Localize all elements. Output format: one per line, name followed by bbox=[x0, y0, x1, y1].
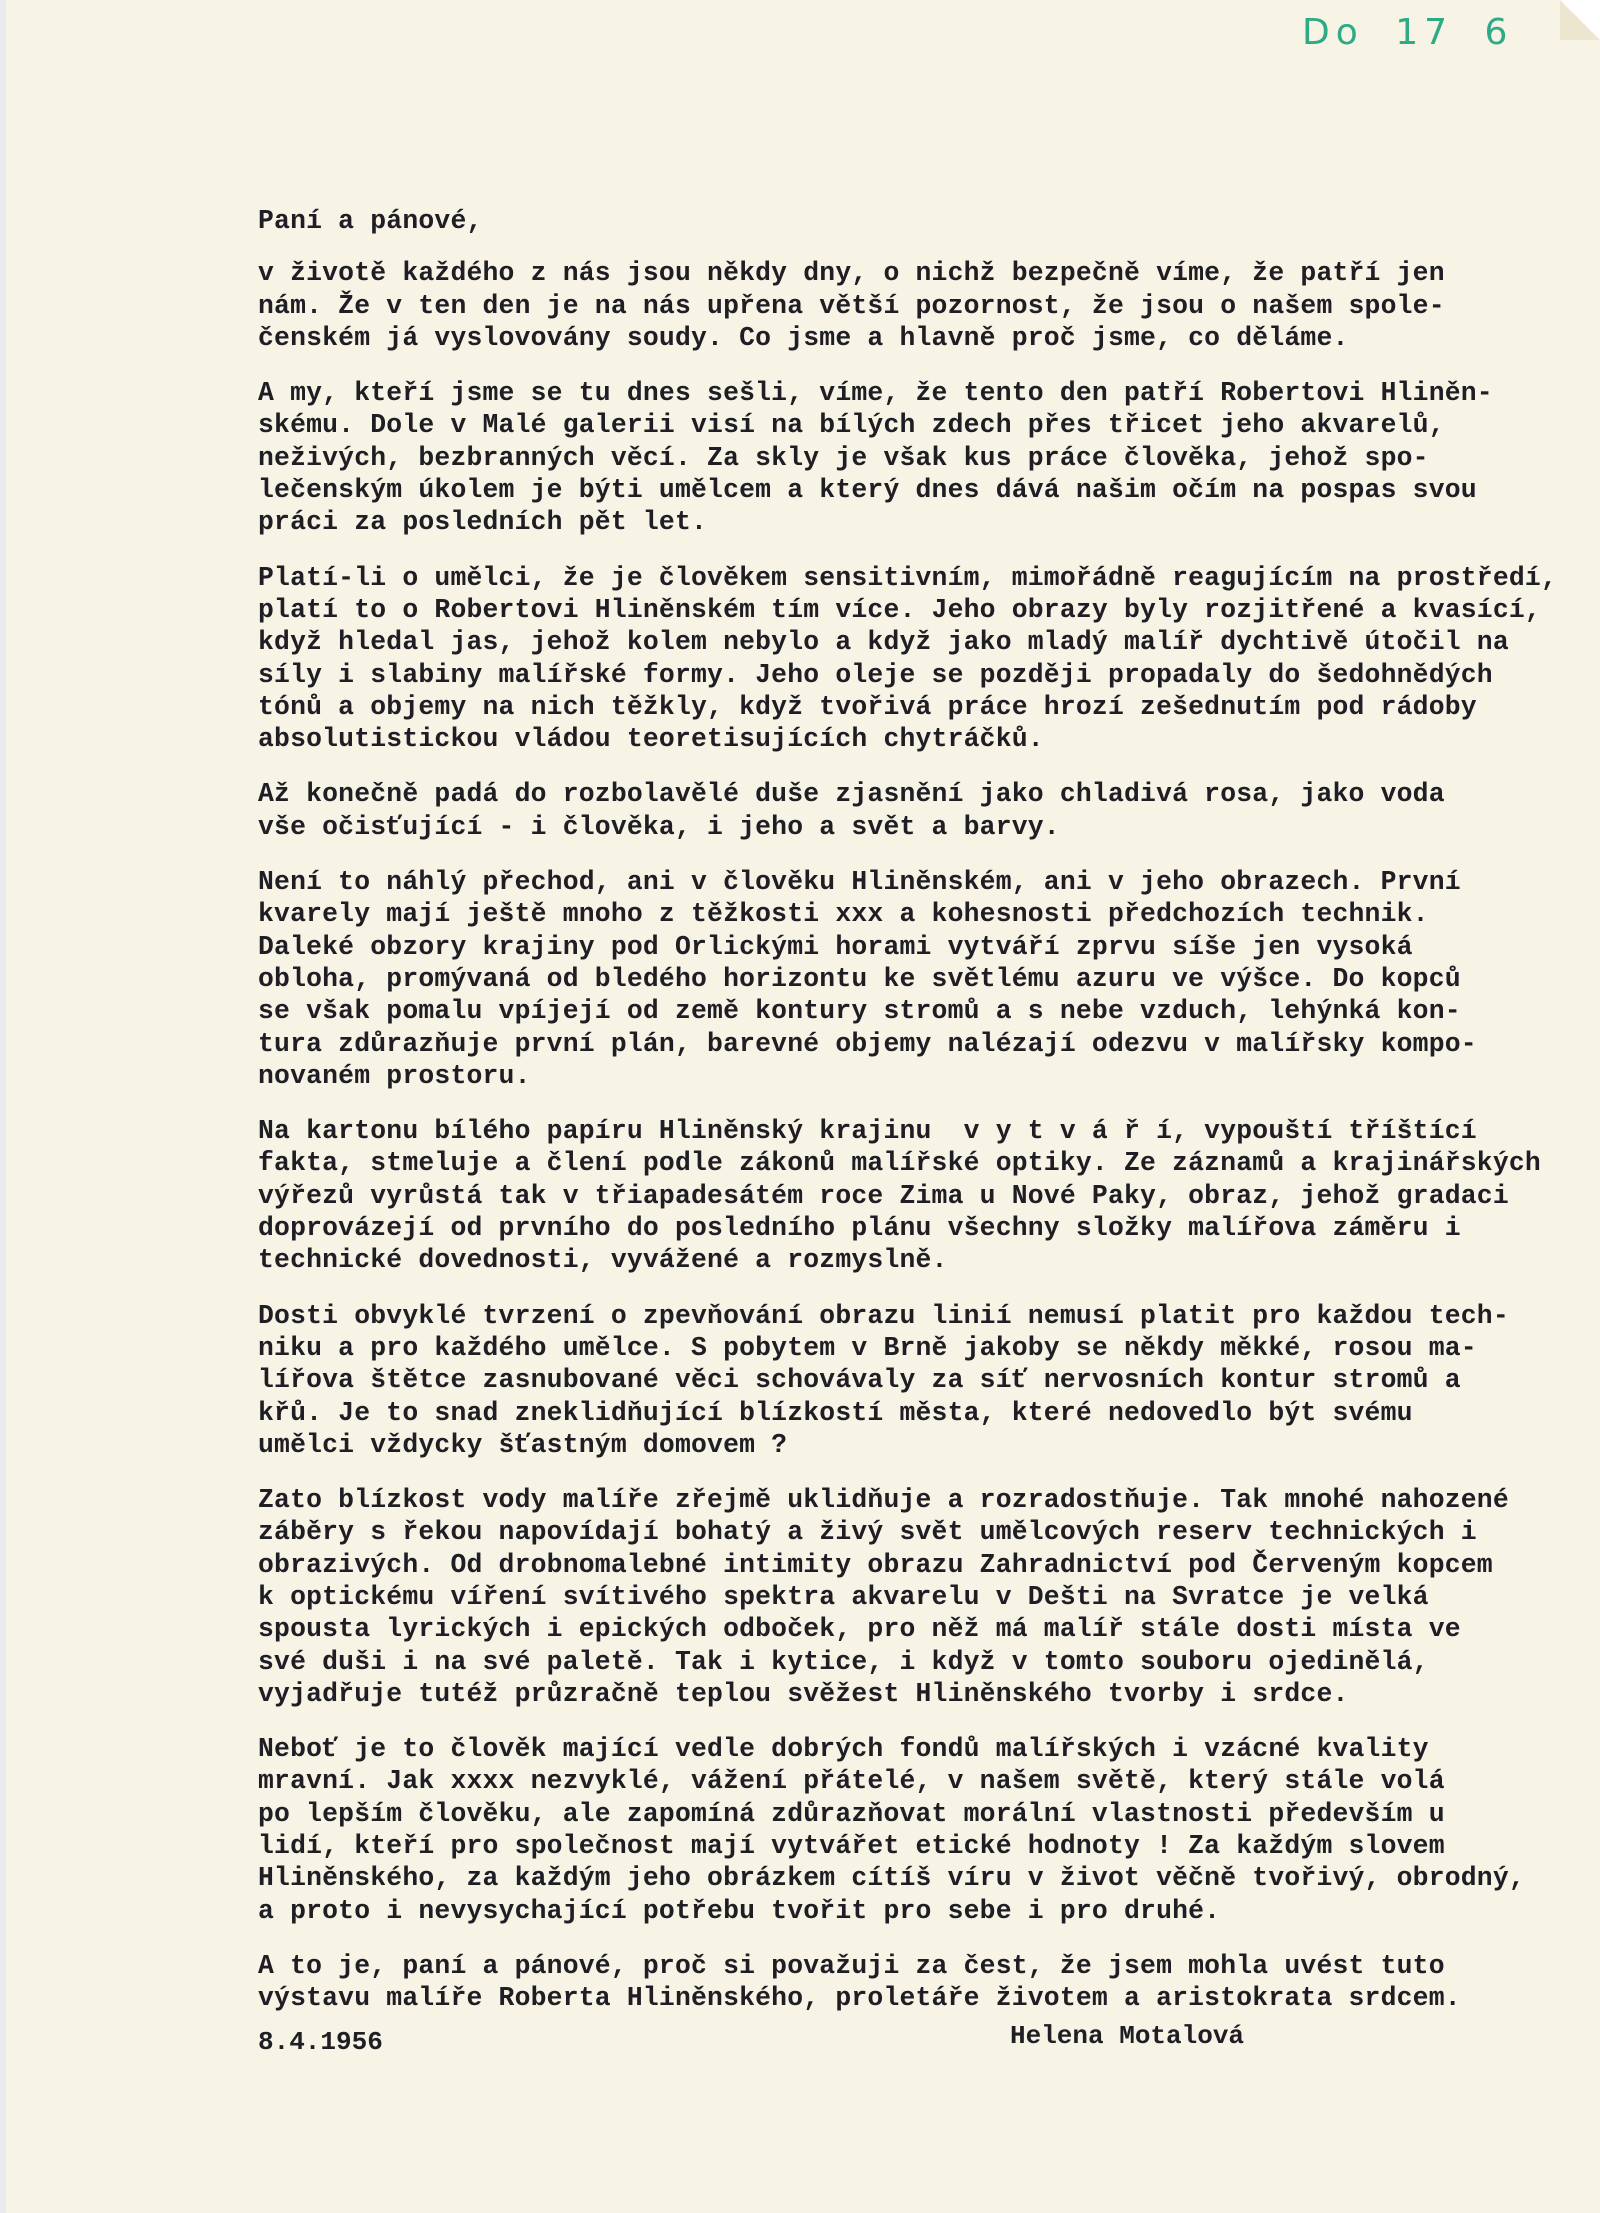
text-line: Neboť je to člověk mající vedle dobrých … bbox=[258, 1733, 1548, 1765]
text-line: Není to náhlý přechod, ani v člověku Hli… bbox=[258, 866, 1548, 898]
paragraphs: v životě každého z nás jsou někdy dny, o… bbox=[258, 257, 1548, 2014]
date: 8.4.1956 bbox=[258, 2027, 383, 2057]
text-line: a proto i nevysychající potřebu tvořit p… bbox=[258, 1895, 1548, 1927]
text-line: své duši i na své paletě. Tak i kytice, … bbox=[258, 1646, 1548, 1678]
paragraph: Na kartonu bílého papíru Hliněnský kraji… bbox=[258, 1115, 1548, 1276]
text-line: nám. Že v ten den je na nás upřena větší… bbox=[258, 290, 1548, 322]
text-line: síly i slabiny malířské formy. Jeho olej… bbox=[258, 659, 1548, 691]
letter-body: Paní a pánové, v životě každého z nás js… bbox=[258, 205, 1548, 2038]
signature: Helena Motalová bbox=[1010, 2021, 1244, 2051]
paragraph: A to je, paní a pánové, proč si považuji… bbox=[258, 1950, 1548, 2015]
text-line: Hliněnského, za každým jeho obrázkem cít… bbox=[258, 1862, 1548, 1894]
text-line: lířova štětce zasnubované věci schovával… bbox=[258, 1364, 1548, 1396]
paragraph: Až konečně padá do rozbolavělé duše zjas… bbox=[258, 778, 1548, 843]
text-line: umělci vždycky šťastným domovem ? bbox=[258, 1429, 1548, 1461]
text-line: výřezů vyrůstá tak v třiapadesátém roce … bbox=[258, 1180, 1548, 1212]
text-line: absolutistickou vládou teoretisujících c… bbox=[258, 723, 1548, 755]
paragraph: Není to náhlý přechod, ani v člověku Hli… bbox=[258, 866, 1548, 1092]
text-line: kvarely mají ještě mnoho z těžkosti xxx … bbox=[258, 898, 1548, 930]
folded-corner bbox=[1560, 0, 1600, 40]
text-line: se však pomalu vpíjejí od země kontury s… bbox=[258, 995, 1548, 1027]
text-line: vyjadřuje tutéž průzračně teplou svěžest… bbox=[258, 1678, 1548, 1710]
text-line: obrazivých. Od drobnomalebné intimity ob… bbox=[258, 1549, 1548, 1581]
text-line: záběry s řekou napovídají bohatý a živý … bbox=[258, 1516, 1548, 1548]
text-line: k optickému víření svítivého spektra akv… bbox=[258, 1581, 1548, 1613]
paragraph: A my, kteří jsme se tu dnes sešli, víme,… bbox=[258, 377, 1548, 538]
archive-mark: Do 17 6 bbox=[1302, 12, 1513, 53]
text-line: lečenským úkolem je býti umělcem a který… bbox=[258, 474, 1548, 506]
text-line: skému. Dole v Malé galerii visí na bílýc… bbox=[258, 409, 1548, 441]
paragraph: Zato blízkost vody malíře zřejmě uklidňu… bbox=[258, 1484, 1548, 1710]
text-line: novaném prostoru. bbox=[258, 1060, 1548, 1092]
text-line: spousta lyrických i epických odboček, pr… bbox=[258, 1613, 1548, 1645]
text-line: když hledal jas, jehož kolem nebylo a kd… bbox=[258, 626, 1548, 658]
text-line: doprovázejí od prvního do posledního plá… bbox=[258, 1212, 1548, 1244]
text-line: čenském já vyslovovány soudy. Co jsme a … bbox=[258, 322, 1548, 354]
text-line: A to je, paní a pánové, proč si považuji… bbox=[258, 1950, 1548, 1982]
text-line: práci za posledních pět let. bbox=[258, 506, 1548, 538]
text-line: fakta, stmeluje a člení podle zákonů mal… bbox=[258, 1147, 1548, 1179]
text-line: lidí, kteří pro společnost mají vytvářet… bbox=[258, 1830, 1548, 1862]
text-line: Na kartonu bílého papíru Hliněnský kraji… bbox=[258, 1115, 1548, 1147]
text-line: výstavu malíře Roberta Hliněnského, prol… bbox=[258, 1982, 1548, 2014]
text-line: technické dovednosti, vyvážené a rozmysl… bbox=[258, 1244, 1548, 1276]
text-line: Zato blízkost vody malíře zřejmě uklidňu… bbox=[258, 1484, 1548, 1516]
text-line: vše očisťující - i člověka, i jeho a svě… bbox=[258, 811, 1548, 843]
salutation: Paní a pánové, bbox=[258, 205, 1548, 237]
text-line: křů. Je to snad zneklidňující blízkostí … bbox=[258, 1397, 1548, 1429]
text-line: mravní. Jak xxxx nezvyklé, vážení přátel… bbox=[258, 1765, 1548, 1797]
text-line: tura zdůrazňuje první plán, barevné obje… bbox=[258, 1028, 1548, 1060]
text-line: Dosti obvyklé tvrzení o zpevňování obraz… bbox=[258, 1300, 1548, 1332]
paragraph: Dosti obvyklé tvrzení o zpevňování obraz… bbox=[258, 1300, 1548, 1461]
paragraph: Neboť je to člověk mající vedle dobrých … bbox=[258, 1733, 1548, 1927]
text-line: po lepším člověku, ale zapomíná zdůrazňo… bbox=[258, 1798, 1548, 1830]
text-line: tónů a objemy na nich těžkly, když tvoři… bbox=[258, 691, 1548, 723]
text-line: platí to o Robertovi Hliněnském tím více… bbox=[258, 594, 1548, 626]
text-line: A my, kteří jsme se tu dnes sešli, víme,… bbox=[258, 377, 1548, 409]
text-line: niku a pro každého umělce. S pobytem v B… bbox=[258, 1332, 1548, 1364]
text-line: Až konečně padá do rozbolavělé duše zjas… bbox=[258, 778, 1548, 810]
paper-edge bbox=[0, 0, 6, 2213]
text-line: neživých, bezbranných věcí. Za skly je v… bbox=[258, 442, 1548, 474]
paragraph: v životě každého z nás jsou někdy dny, o… bbox=[258, 257, 1548, 354]
text-line: Platí-li o umělci, že je člověkem sensit… bbox=[258, 562, 1548, 594]
paragraph: Platí-li o umělci, že je člověkem sensit… bbox=[258, 562, 1548, 756]
text-line: v životě každého z nás jsou někdy dny, o… bbox=[258, 257, 1548, 289]
text-line: Daleké obzory krajiny pod Orlickými hora… bbox=[258, 931, 1548, 963]
text-line: obloha, promývaná od bledého horizontu k… bbox=[258, 963, 1548, 995]
